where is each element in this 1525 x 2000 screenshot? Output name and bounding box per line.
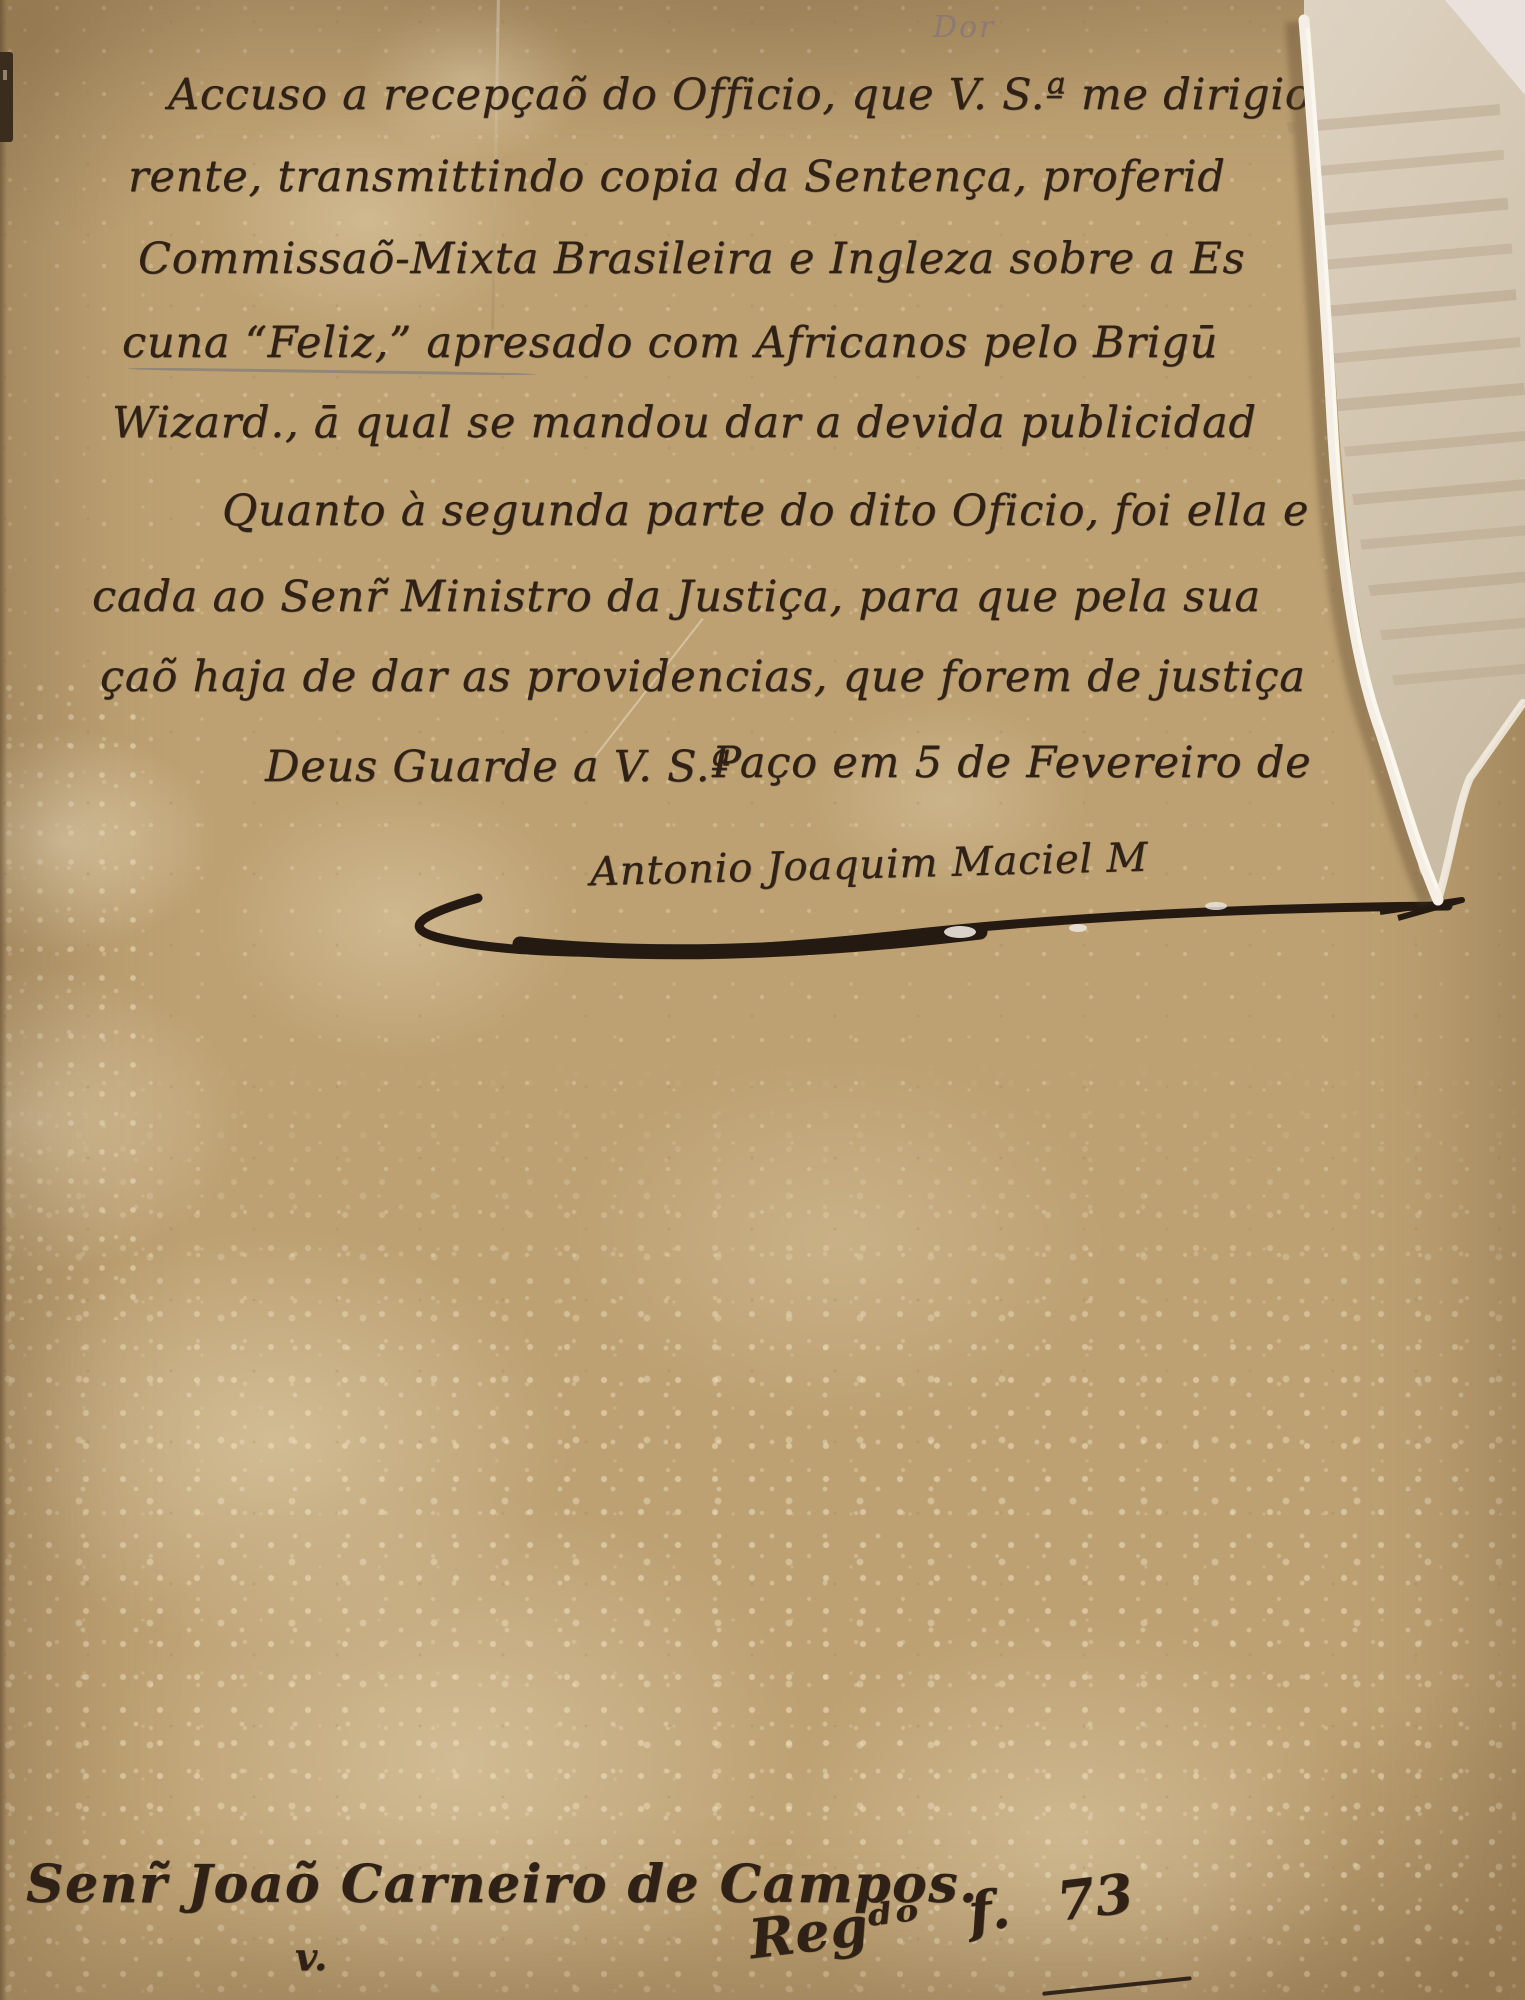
letter-line-5: Wizard., ā qual se mandou dar a devida p… <box>112 398 1257 448</box>
pencil-underline-feliz <box>128 367 536 376</box>
letter-line-4: cuna “Feliz,” apresado com Africanos pel… <box>122 318 1218 368</box>
fragment-body <box>1304 0 1525 902</box>
torn-edge-lower <box>1438 703 1523 900</box>
white-chip <box>1069 924 1087 932</box>
letter-line-2: rente, transmittindo copia da Sentença, … <box>128 152 1226 202</box>
paper-speckle-texture-left <box>0 680 150 1320</box>
letter-line-6: Quanto à segunda parte do dito Oficio, f… <box>222 486 1309 536</box>
paper-vignette <box>0 0 1525 2000</box>
torn-page-fragment <box>0 0 1525 2000</box>
torn-edge-highlight <box>1304 20 1438 900</box>
fragment-pale-corner <box>1445 0 1525 95</box>
place-and-date: Paço em 5 de Fevereiro de <box>712 738 1311 788</box>
pencil-annotation: Dor <box>933 10 995 45</box>
paper-speckle-texture <box>0 0 1525 2000</box>
signature: Antonio Joaquim Maciel M <box>589 835 1148 896</box>
scanned-letter-page: Dor Accuso a recepçaõ do Officio, que V.… <box>0 0 1525 2000</box>
scan-edge-notch <box>0 52 13 142</box>
registry-underline <box>1042 1976 1192 1996</box>
white-chip <box>944 926 976 938</box>
letter-line-8: çaõ haja de dar as providencias, que for… <box>100 652 1306 702</box>
paper-aging-blotches <box>0 0 1525 2000</box>
letter-line-7: cada ao Senr̃ Ministro da Justiça, para … <box>92 572 1261 622</box>
letter-line-3: Commissaõ-Mixta Brasileira e Ingleza sob… <box>138 234 1245 284</box>
letter-line-1: Accuso a recepçaõ do Officio, que V. S.ª… <box>168 70 1394 120</box>
fragment-bleed-through-text <box>1245 97 1525 694</box>
paper-left-edge-shadow <box>0 0 7 2000</box>
addressee-check-mark: v. <box>295 1934 328 1979</box>
valediction: Deus Guarde a V. S.ª <box>265 742 731 792</box>
white-chip <box>1205 902 1227 910</box>
signature-rubric-flourish <box>0 0 1525 2000</box>
